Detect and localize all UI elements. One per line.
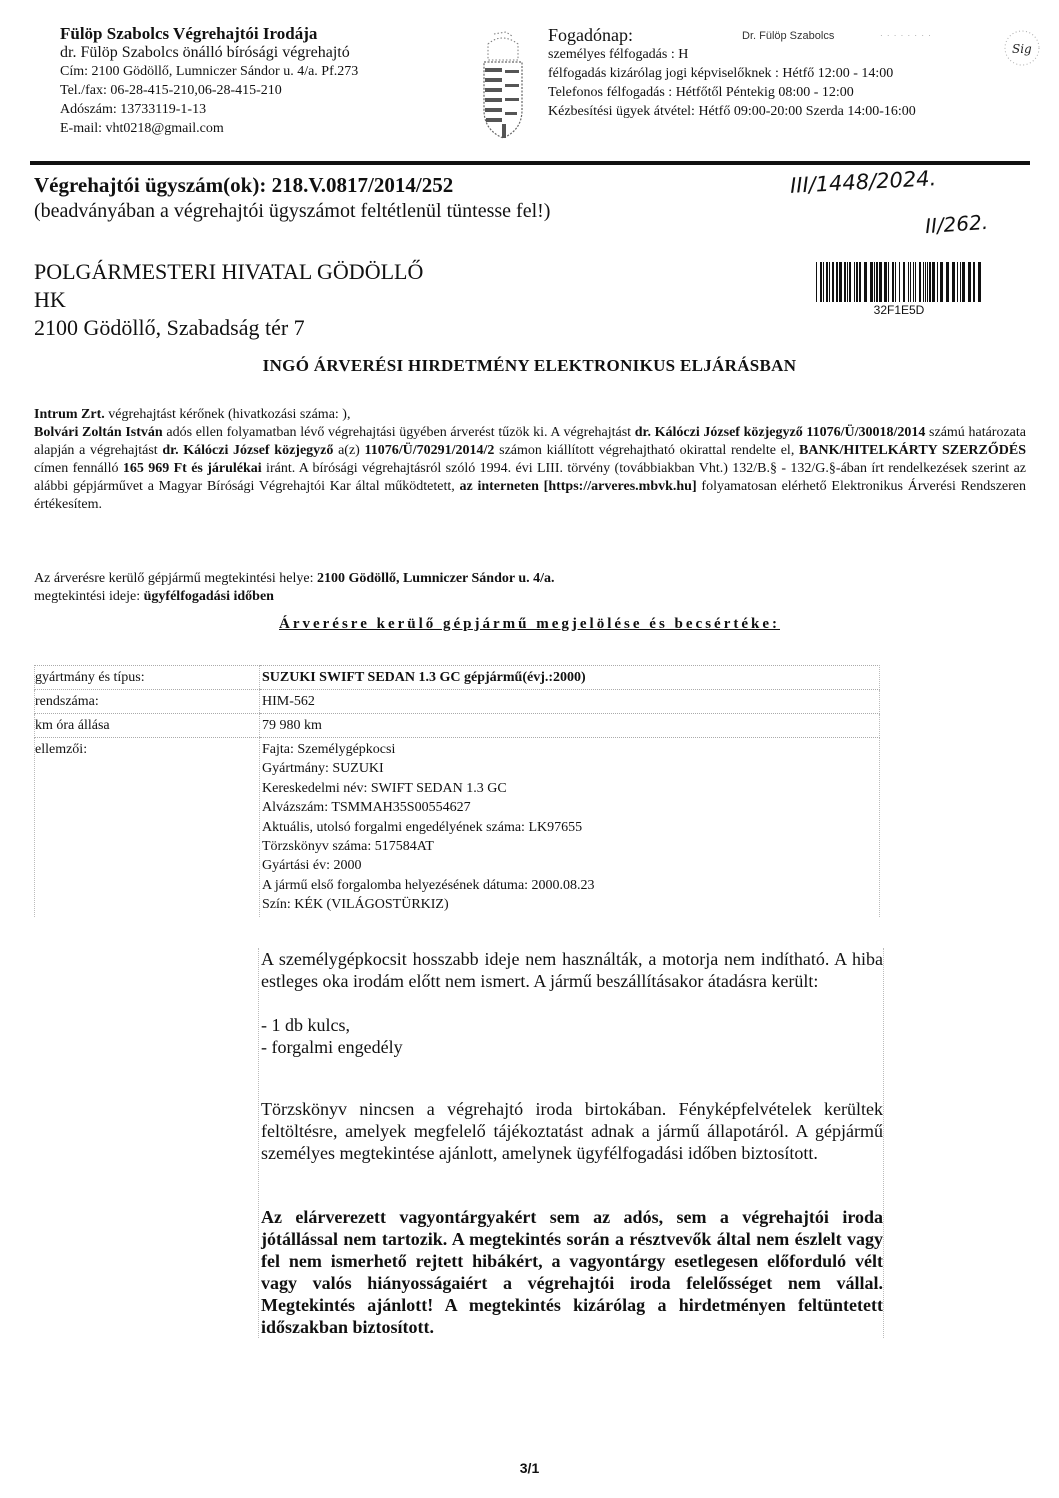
inspection-place: Az árverésre kerülő gépjármű megtekintés… (34, 570, 555, 588)
row-label: ellemzői: (35, 738, 260, 917)
addressee-address: 2100 Gödöllő, Szabadság tér 7 (34, 314, 423, 342)
main-paragraph: Bolvári Zoltán István adós ellen folyama… (34, 424, 1026, 514)
detail-item: Törzskönyv száma: 517584AT (262, 837, 875, 856)
office-email: E-mail: vht0218@gmail.com (60, 119, 358, 138)
inspection-time: megtekintési ideje: ügyfélfogadási időbe… (34, 588, 555, 606)
coat-of-arms-icon (480, 30, 526, 142)
case-number: Végrehajtói ügyszám(ok): 218.V.0817/2014… (34, 172, 550, 198)
reception-hours: Fogadónap: személyes félfogadás : H félf… (548, 26, 916, 121)
office-name: Fülöp Szabolcs Végrehajtói Irodája (60, 24, 358, 43)
registration-paragraph: Törzskönyv nincsen a végrehajtó iroda bi… (261, 1098, 883, 1164)
auction-link[interactable]: az interneten [https://arveres.mbvk.hu] (460, 479, 697, 494)
document-reference: 11076/Ü/70291/2014/2 (365, 443, 495, 458)
detail-item: Szín: KÉK (VILÁGOSTÜRKIZ) (262, 895, 875, 914)
section-heading: Árverésre kerülő gépjármű megjelölése és… (0, 616, 1059, 633)
debt-amount: 165 969 Ft és járulékai (123, 461, 262, 476)
row-label: km óra állása (35, 714, 260, 738)
row-value: HIM-562 (260, 690, 880, 714)
barcode-block: 32F1E5D (814, 262, 984, 317)
handover-item: - 1 db kulcs, (261, 1014, 883, 1036)
debtor-name: Bolvári Zoltán István (34, 425, 163, 440)
disclaimer-paragraph: Az elárverezett vagyontárgyakért sem az … (261, 1206, 883, 1338)
detail-item: A jármű első forgalomba helyezésének dát… (262, 876, 875, 895)
detail-item: Gyártmány: SUZUKI (262, 759, 875, 778)
letterhead: Fülöp Szabolcs Végrehajtói Irodája dr. F… (60, 24, 358, 138)
reception-line: Telefonos félfogadás : Hétfőtől Péntekig… (548, 83, 916, 102)
table-row: km óra állása 79 980 km (35, 714, 880, 738)
tax-number: Adószám: 13733119-1-13 (60, 100, 358, 119)
barcode-text: 32F1E5D (814, 303, 984, 317)
table-row: ellemzői: Fajta: Személygépkocsi Gyártmá… (35, 738, 880, 917)
table-row: rendszáma: HIM-562 (35, 690, 880, 714)
case-note: (beadványában a végrehajtói ügyszámot fe… (34, 198, 550, 224)
detail-item: Aktuális, utolsó forgalmi engedélyének s… (262, 818, 875, 837)
office-phone: Tel./fax: 06-28-415-210,06-28-415-210 (60, 81, 358, 100)
contract-type: BANK/HITELKÁRTY SZERZŐDÉS (799, 443, 1026, 458)
vehicle-table: gyártmány és típus: SUZUKI SWIFT SEDAN 1… (34, 665, 880, 917)
row-value: SUZUKI SWIFT SEDAN 1.3 GC gépjármű(évj.:… (260, 666, 880, 690)
addressee-name: POLGÁRMESTERI HIVATAL GÖDÖLLŐ (34, 258, 423, 286)
reception-line: félfogadás kizárólag jogi képviselőknek … (548, 64, 916, 83)
table-row: gyártmány és típus: SUZUKI SWIFT SEDAN 1… (35, 666, 880, 690)
handwritten-subnumber: II/262. (924, 210, 989, 238)
detail-item: Fajta: Személygépkocsi (262, 740, 875, 759)
reception-line: személyes félfogadás : H (548, 45, 916, 64)
page-number: 3/1 (0, 1460, 1059, 1476)
creditor-name: Intrum Zrt. (34, 407, 105, 422)
handwritten-reference: III/1448/2024. (789, 166, 936, 198)
reception-line: Kézbesítési ügyek átvétel: Hétfő 09:00-2… (548, 102, 916, 121)
signature-dots: · · · · · · · · (880, 31, 932, 40)
notary-decision: dr. Kálóczi József közjegyző 11076/Ü/300… (635, 425, 926, 440)
bailiff-name: dr. Fülöp Szabolcs önálló bírósági végre… (60, 43, 358, 62)
svg-text:Sig: Sig (1012, 42, 1032, 56)
electronic-signer: Dr. Fülöp Szabolcs (742, 30, 834, 42)
condition-paragraph: A személygépkocsit hosszabb ideje nem ha… (261, 948, 883, 992)
document-title: INGÓ ÁRVERÉSI HIRDETMÉNY ELEKTRONIKUS EL… (0, 356, 1059, 376)
barcode-icon (814, 262, 984, 302)
notary-name: dr. Kálóczi József közjegyző (162, 443, 333, 458)
detail-item: Gyártási év: 2000 (262, 856, 875, 875)
addressee-dept: HK (34, 286, 423, 314)
row-value: 79 980 km (260, 714, 880, 738)
office-address: Cím: 2100 Gödöllő, Lumniczer Sándor u. 4… (60, 62, 358, 81)
row-label: rendszáma: (35, 690, 260, 714)
row-label: gyártmány és típus: (35, 666, 260, 690)
creditor-line: Intrum Zrt. végrehajtást kérőnek (hivatk… (34, 406, 1026, 424)
header-divider (30, 161, 1030, 165)
detail-item: Alvázszám: TSMMAH35S00554627 (262, 798, 875, 817)
case-number-block: Végrehajtói ügyszám(ok): 218.V.0817/2014… (34, 172, 550, 224)
addressee: POLGÁRMESTERI HIVATAL GÖDÖLLŐ HK 2100 Gö… (34, 258, 423, 342)
intro-text: Intrum Zrt. végrehajtást kérőnek (hivatk… (34, 406, 1026, 514)
vehicle-details: Fajta: Személygépkocsi Gyártmány: SUZUKI… (260, 738, 880, 917)
detail-item: Kereskedelmi név: SWIFT SEDAN 1.3 GC (262, 779, 875, 798)
vehicle-notes: A személygépkocsit hosszabb ideje nem ha… (258, 948, 884, 1338)
handover-item: - forgalmi engedély (261, 1036, 883, 1058)
inspection-info: Az árverésre kerülő gépjármű megtekintés… (34, 570, 555, 606)
signature-icon: Sig (1002, 27, 1042, 69)
reception-title: Fogadónap: (548, 26, 916, 45)
